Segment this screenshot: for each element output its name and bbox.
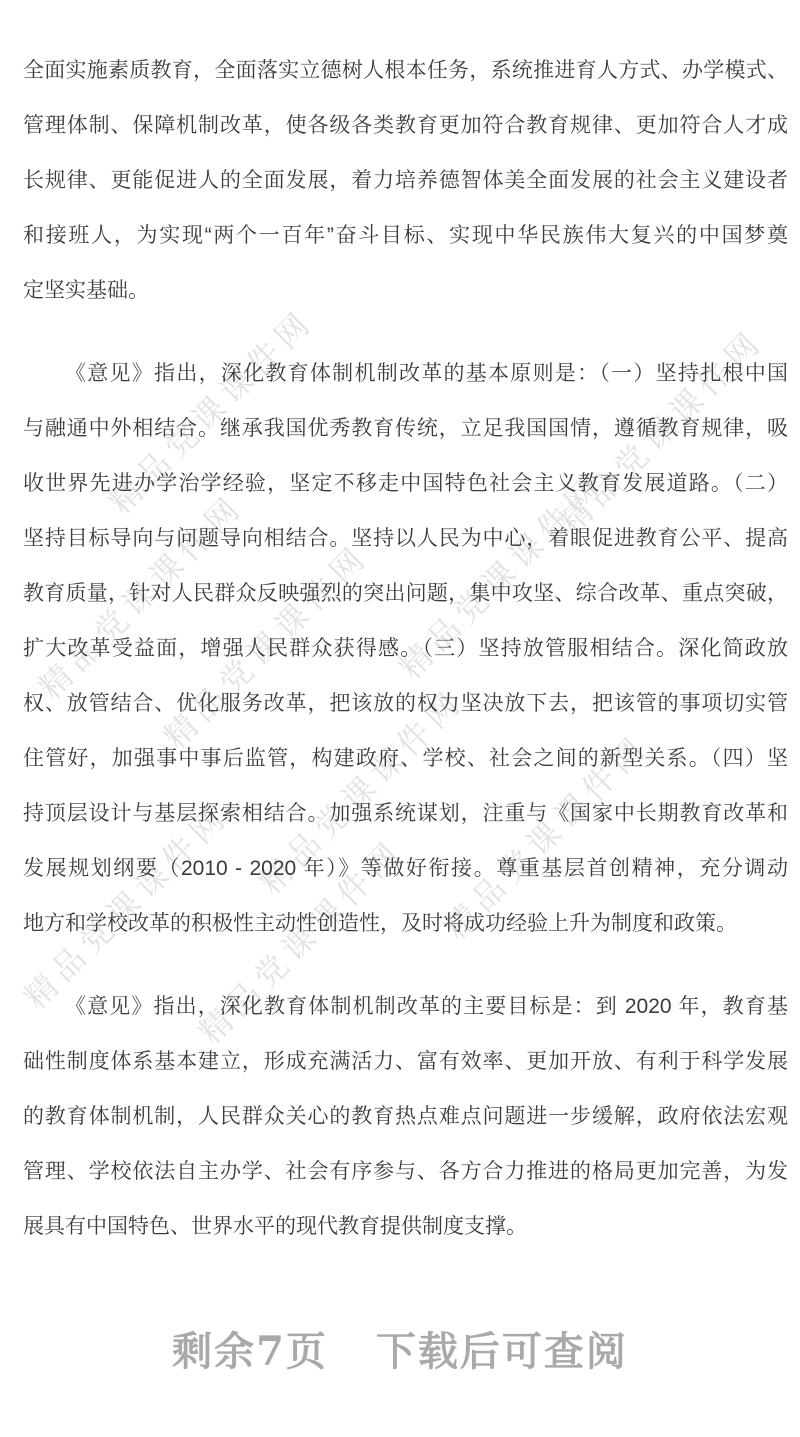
paragraph: 全面实施素质教育，全面落实立德树人根本任务，系统推进育人方式、办学模式、管理体制… [23, 43, 788, 318]
text-line: 和接班人，为实现“两个一百年”奋斗目标、实现中华民族伟大复兴的中国梦奠 [23, 208, 788, 263]
text-line: 全面实施素质教育，全面落实立德树人根本任务，系统推进育人方式、办学模式、 [23, 43, 788, 98]
text-line: 发展规划纲要（2010 - 2020 年）》等做好衔接。尊重基层首创精神，充分调… [23, 841, 788, 896]
text-line: 管理体制、保障机制改革，使各级各类教育更加符合教育规律、更加符合人才成 [23, 98, 788, 153]
download-hint: 下载后可查阅 [376, 1328, 628, 1375]
text-line: 地方和学校改革的积极性主动性创造性，及时将成功经验上升为制度和政策。 [23, 896, 788, 951]
paragraph: 《意见》指出，深化教育体制机制改革的基本原则是：（一）坚持扎根中国与融通中外相结… [23, 346, 788, 951]
text-line: 与融通中外相结合。继承我国优秀教育传统，立足我国国情，遵循教育规律，吸 [23, 401, 788, 456]
text-line: 坚持目标导向与问题导向相结合。坚持以人民为中心，着眼促进教育公平、提高 [23, 511, 788, 566]
text-line: 教育质量，针对人民群众反映强烈的突出问题，集中攻坚、综合改革、重点突破， [23, 566, 788, 621]
text-line: 权、放管结合、优化服务改革，把该放的权力坚决放下去，把该管的事项切实管 [23, 676, 788, 731]
text-line: 长规律、更能促进人的全面发展，着力培养德智体美全面发展的社会主义建设者 [23, 153, 788, 208]
text-line: 收世界先进办学治学经验，坚定不移走中国特色社会主义教育发展道路。（二） [23, 456, 788, 511]
text-line: 《意见》指出，深化教育体制机制改革的主要目标是：到 2020 年，教育基 [23, 979, 788, 1034]
remaining-pages-count: 剩余7页 [172, 1328, 328, 1375]
text-line: 展具有中国特色、世界水平的现代教育提供制度支撑。 [23, 1199, 788, 1254]
text-line: 定坚实基础。 [23, 263, 788, 318]
text-line: 的教育体制机制，人民群众关心的教育热点难点问题进一步缓解，政府依法宏观 [23, 1089, 788, 1144]
paragraph: 《意见》指出，深化教育体制机制改革的主要目标是：到 2020 年，教育基础性制度… [23, 979, 788, 1254]
text-line: 持顶层设计与基层探索相结合。加强系统谋划，注重与《国家中长期教育改革和 [23, 786, 788, 841]
document-preview-page: 精品党课课件网精品党课课件网精品党课课件网精品党课课件网精品党课课件网精品党课课… [0, 0, 800, 1437]
document-body: 全面实施素质教育，全面落实立德树人根本任务，系统推进育人方式、办学模式、管理体制… [23, 43, 788, 1254]
text-line: 《意见》指出，深化教育体制机制改革的基本原则是：（一）坚持扎根中国 [23, 346, 788, 401]
text-line: 扩大改革受益面，增强人民群众获得感。（三）坚持放管服相结合。深化简政放 [23, 621, 788, 676]
text-line: 管理、学校依法自主办学、社会有序参与、各方合力推进的格局更加完善，为发 [23, 1144, 788, 1199]
remaining-pages-notice: 剩余7页下载后可查阅 [0, 1322, 800, 1382]
text-line: 住管好，加强事中事后监管，构建政府、学校、社会之间的新型关系。（四）坚 [23, 731, 788, 786]
text-line: 础性制度体系基本建立，形成充满活力、富有效率、更加开放、有利于科学发展 [23, 1034, 788, 1089]
